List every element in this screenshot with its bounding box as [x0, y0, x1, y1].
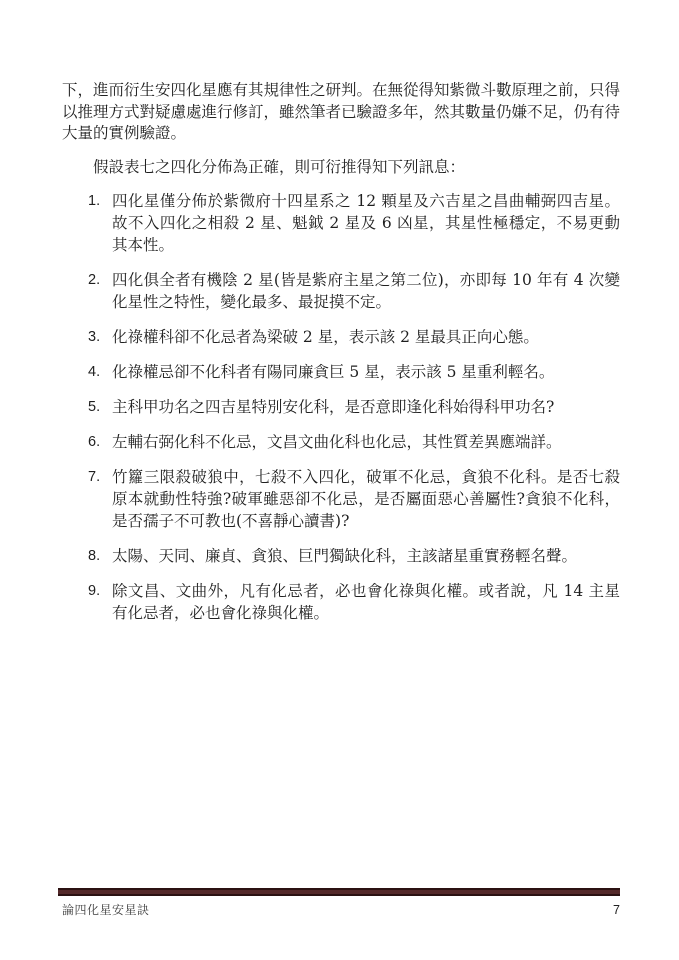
list-item-number: 6. [62, 431, 112, 453]
list-item-text: 化祿權科卻不化忌者為梁破 2 星，表示該 2 星最具正向心態。 [112, 326, 620, 348]
list-item-number: 7. [62, 466, 112, 532]
list-item: 1. 四化星僅分佈於紫微府十四星系之 12 顆星及六吉星之昌曲輔弼四吉星。故不入… [62, 190, 620, 256]
list-item-text: 主科甲功名之四吉星特別安化科，是否意即逢化科始得科甲功名? [112, 396, 620, 418]
list-item: 6. 左輔右弼化科不化忌，文昌文曲化科也化忌，其性質差異應端詳。 [62, 431, 620, 453]
list-item-text: 左輔右弼化科不化忌，文昌文曲化科也化忌，其性質差異應端詳。 [112, 431, 620, 453]
list-item: 3. 化祿權科卻不化忌者為梁破 2 星，表示該 2 星最具正向心態。 [62, 326, 620, 348]
intro-paragraph: 下，進而衍生安四化星應有其規律性之研判。在無從得知紫微斗數原理之前，只得以推理方… [62, 80, 620, 145]
list-item-text: 四化俱全者有機陰 2 星(皆是紫府主星之第二位)，亦即每 10 年有 4 次變化… [112, 269, 620, 313]
list-item: 5. 主科甲功名之四吉星特別安化科，是否意即逢化科始得科甲功名? [62, 396, 620, 418]
list-item-text: 除文昌、文曲外，凡有化忌者，必也會化祿與化權。或者說，凡 14 主星有化忌者，必… [112, 580, 620, 624]
list-item-number: 5. [62, 396, 112, 418]
page-content: 下，進而衍生安四化星應有其規律性之研判。在無從得知紫微斗數原理之前，只得以推理方… [62, 80, 620, 637]
list-item-number: 9. [62, 580, 112, 624]
list-item-number: 3. [62, 326, 112, 348]
lead-in-paragraph: 假設表七之四化分佈為正確，則可衍推得知下列訊息： [62, 157, 620, 179]
list-item-number: 1. [62, 190, 112, 256]
list-item-number: 8. [62, 545, 112, 567]
list-item-number: 2. [62, 269, 112, 313]
list-item-text: 化祿權忌卻不化科者有陽同廉貪巨 5 星，表示該 5 星重利輕名。 [112, 361, 620, 383]
numbered-list: 1. 四化星僅分佈於紫微府十四星系之 12 顆星及六吉星之昌曲輔弼四吉星。故不入… [62, 190, 620, 624]
footer-title: 論四化星安星訣 [62, 901, 150, 918]
list-item-text: 竹籮三限殺破狼中，七殺不入四化，破軍不化忌，貪狼不化科。是否七殺原本就動性特強?… [112, 466, 620, 532]
list-item: 4. 化祿權忌卻不化科者有陽同廉貪巨 5 星，表示該 5 星重利輕名。 [62, 361, 620, 383]
list-item: 9. 除文昌、文曲外，凡有化忌者，必也會化祿與化權。或者說，凡 14 主星有化忌… [62, 580, 620, 624]
page-footer: 論四化星安星訣 7 [62, 901, 620, 918]
list-item-text: 太陽、天同、廉貞、貪狼、巨門獨缺化科，主該諸星重實務輕名聲。 [112, 545, 620, 567]
list-item: 7. 竹籮三限殺破狼中，七殺不入四化，破軍不化忌，貪狼不化科。是否七殺原本就動性… [62, 466, 620, 532]
footer-divider-bar [58, 888, 620, 896]
page-number: 7 [613, 903, 620, 917]
list-item: 8. 太陽、天同、廉貞、貪狼、巨門獨缺化科，主該諸星重實務輕名聲。 [62, 545, 620, 567]
list-item-text: 四化星僅分佈於紫微府十四星系之 12 顆星及六吉星之昌曲輔弼四吉星。故不入四化之… [112, 190, 620, 256]
list-item-number: 4. [62, 361, 112, 383]
document-page: 下，進而衍生安四化星應有其規律性之研判。在無從得知紫微斗數原理之前，只得以推理方… [0, 0, 679, 960]
list-item: 2. 四化俱全者有機陰 2 星(皆是紫府主星之第二位)，亦即每 10 年有 4 … [62, 269, 620, 313]
